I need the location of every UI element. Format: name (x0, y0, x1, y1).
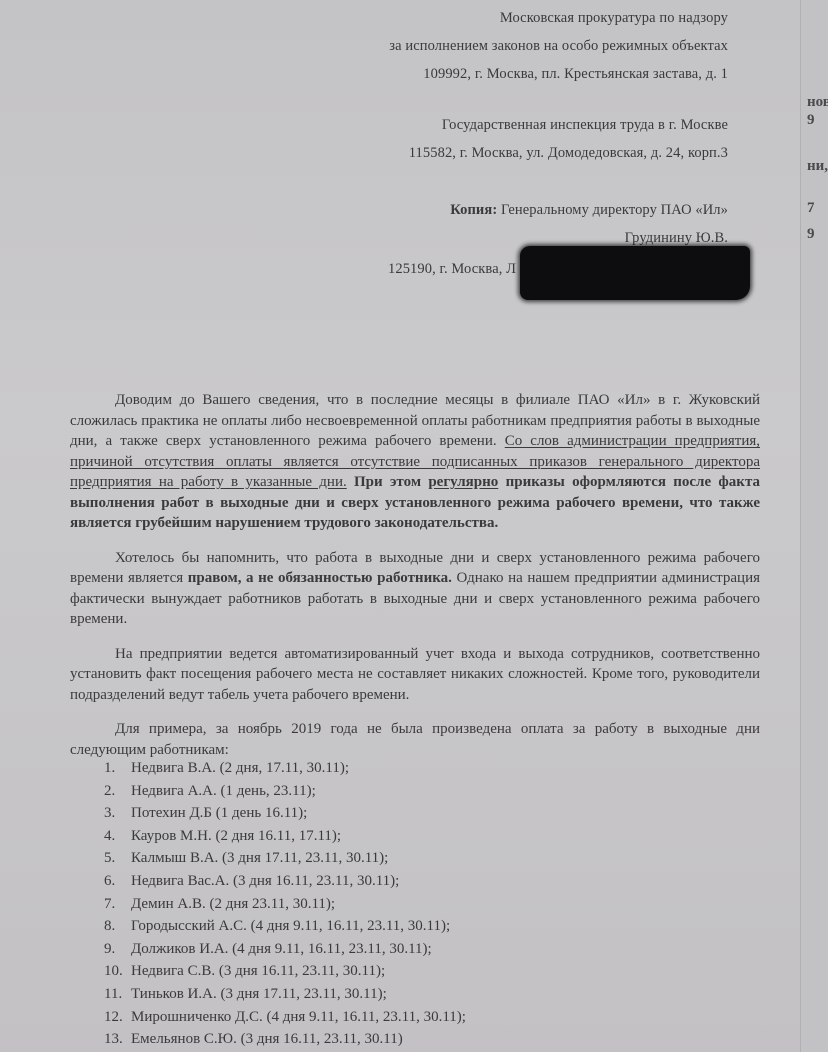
list-text: Кауров М.Н. (2 дня 16.11, 17.11); (131, 828, 341, 844)
copy-label: Копия: (450, 202, 497, 218)
underlying-text: ни, (807, 158, 828, 175)
recipient-line: Генеральному директору ПАО «Ил» (501, 202, 728, 218)
list-text: Недвига Вас.А. (3 дня 16.11, 23.11, 30.1… (131, 873, 399, 889)
list-number: 1. (104, 757, 131, 780)
list-text: Городысский А.С. (4 дня 9.11, 16.11, 23.… (131, 918, 450, 934)
list-text: Недвига С.В. (3 дня 16.11, 23.11, 30.11)… (131, 963, 385, 979)
list-text: Демин А.В. (2 дня 23.11, 30.11); (131, 896, 335, 912)
list-number: 4. (104, 825, 131, 848)
list-item: 1.Недвига В.А. (2 дня, 17.11, 30.11); (104, 757, 466, 780)
recipient-line: за исполнением законов на особо режимных… (389, 32, 728, 60)
paragraph-1: Доводим до Вашего сведения, что в послед… (70, 390, 760, 534)
list-text: Должиков И.А. (4 дня 9.11, 16.11, 23.11,… (131, 941, 432, 957)
underlying-text: 9 (807, 226, 815, 243)
paragraph-4: Для примера, за ноябрь 2019 года не была… (70, 719, 760, 760)
paragraph-3: На предприятии ведется автоматизированны… (70, 644, 760, 706)
employee-list: 1.Недвига В.А. (2 дня, 17.11, 30.11); 2.… (104, 757, 466, 1051)
list-item: 3.Потехин Д.Б (1 день 16.11); (104, 802, 466, 825)
underlying-text: 7 (807, 200, 815, 217)
list-number: 6. (104, 870, 131, 893)
list-number: 8. (104, 915, 131, 938)
recipient-prosecutor: Московская прокуратура по надзору за исп… (389, 4, 728, 88)
recipient-line: Московская прокуратура по надзору (389, 4, 728, 32)
list-text: Емельянов С.Ю. (3 дня 16.11, 23.11, 30.1… (131, 1031, 403, 1047)
recipient-address: 115582, г. Москва, ул. Домодедовская, д.… (409, 139, 728, 167)
letter-body: Доводим до Вашего сведения, что в послед… (70, 390, 760, 774)
underlying-text: 9 (807, 112, 815, 129)
bold-text: При этом (347, 474, 429, 490)
list-number: 3. (104, 802, 131, 825)
recipient-labor-inspection: Государственная инспекция труда в г. Мос… (409, 111, 728, 167)
list-item: 10.Недвига С.В. (3 дня 16.11, 23.11, 30.… (104, 960, 466, 983)
list-number: 5. (104, 847, 131, 870)
bold-text: правом, а не обязанностью работника. (188, 570, 452, 586)
list-text: Недвига А.А. (1 день, 23.11); (131, 783, 316, 799)
list-text: Тиньков И.А. (3 дня 17.11, 23.11, 30.11)… (131, 986, 387, 1002)
list-text: Мирошниченко Д.С. (4 дня 9.11, 16.11, 23… (131, 1009, 466, 1025)
list-item: 12.Мирошниченко Д.С. (4 дня 9.11, 16.11,… (104, 1006, 466, 1029)
list-number: 9. (104, 938, 131, 961)
recipient-copy: Копия: Генеральному директору ПАО «Ил» Г… (450, 196, 728, 252)
recipient-line: Государственная инспекция труда в г. Мос… (409, 111, 728, 139)
list-number: 10. (104, 960, 131, 983)
list-text: Потехин Д.Б (1 день 16.11); (131, 805, 307, 821)
list-number: 7. (104, 893, 131, 916)
recipient-address: 125190, г. Москва, Л (388, 255, 516, 283)
paragraph-2: Хотелось бы напомнить, что работа в выхо… (70, 548, 760, 630)
bold-underlined-text: регулярно (428, 474, 498, 490)
redaction-mark (520, 246, 750, 300)
recipient-address: 109992, г. Москва, пл. Крестьянская заст… (389, 60, 728, 88)
list-item: 5.Калмыш В.А. (3 дня 17.11, 23.11, 30.11… (104, 847, 466, 870)
list-item: 7.Демин А.В. (2 дня 23.11, 30.11); (104, 893, 466, 916)
list-item: 4.Кауров М.Н. (2 дня 16.11, 17.11); (104, 825, 466, 848)
list-item: 8.Городысский А.С. (4 дня 9.11, 16.11, 2… (104, 915, 466, 938)
list-item: 11.Тиньков И.А. (3 дня 17.11, 23.11, 30.… (104, 983, 466, 1006)
list-item: 2.Недвига А.А. (1 день, 23.11); (104, 780, 466, 803)
list-number: 12. (104, 1006, 131, 1029)
list-item: 13.Емельянов С.Ю. (3 дня 16.11, 23.11, 3… (104, 1028, 466, 1051)
list-item: 6.Недвига Вас.А. (3 дня 16.11, 23.11, 30… (104, 870, 466, 893)
list-number: 2. (104, 780, 131, 803)
letter-page: Московская прокуратура по надзору за исп… (0, 0, 800, 1052)
underlying-text: нов (807, 94, 828, 111)
list-number: 11. (104, 983, 131, 1006)
list-text: Недвига В.А. (2 дня, 17.11, 30.11); (131, 760, 349, 776)
underlying-sheet: нов 9 ни, 7 9 (800, 0, 828, 1052)
list-item: 9.Должиков И.А. (4 дня 9.11, 16.11, 23.1… (104, 938, 466, 961)
list-text: Калмыш В.А. (3 дня 17.11, 23.11, 30.11); (131, 850, 388, 866)
list-number: 13. (104, 1028, 131, 1051)
